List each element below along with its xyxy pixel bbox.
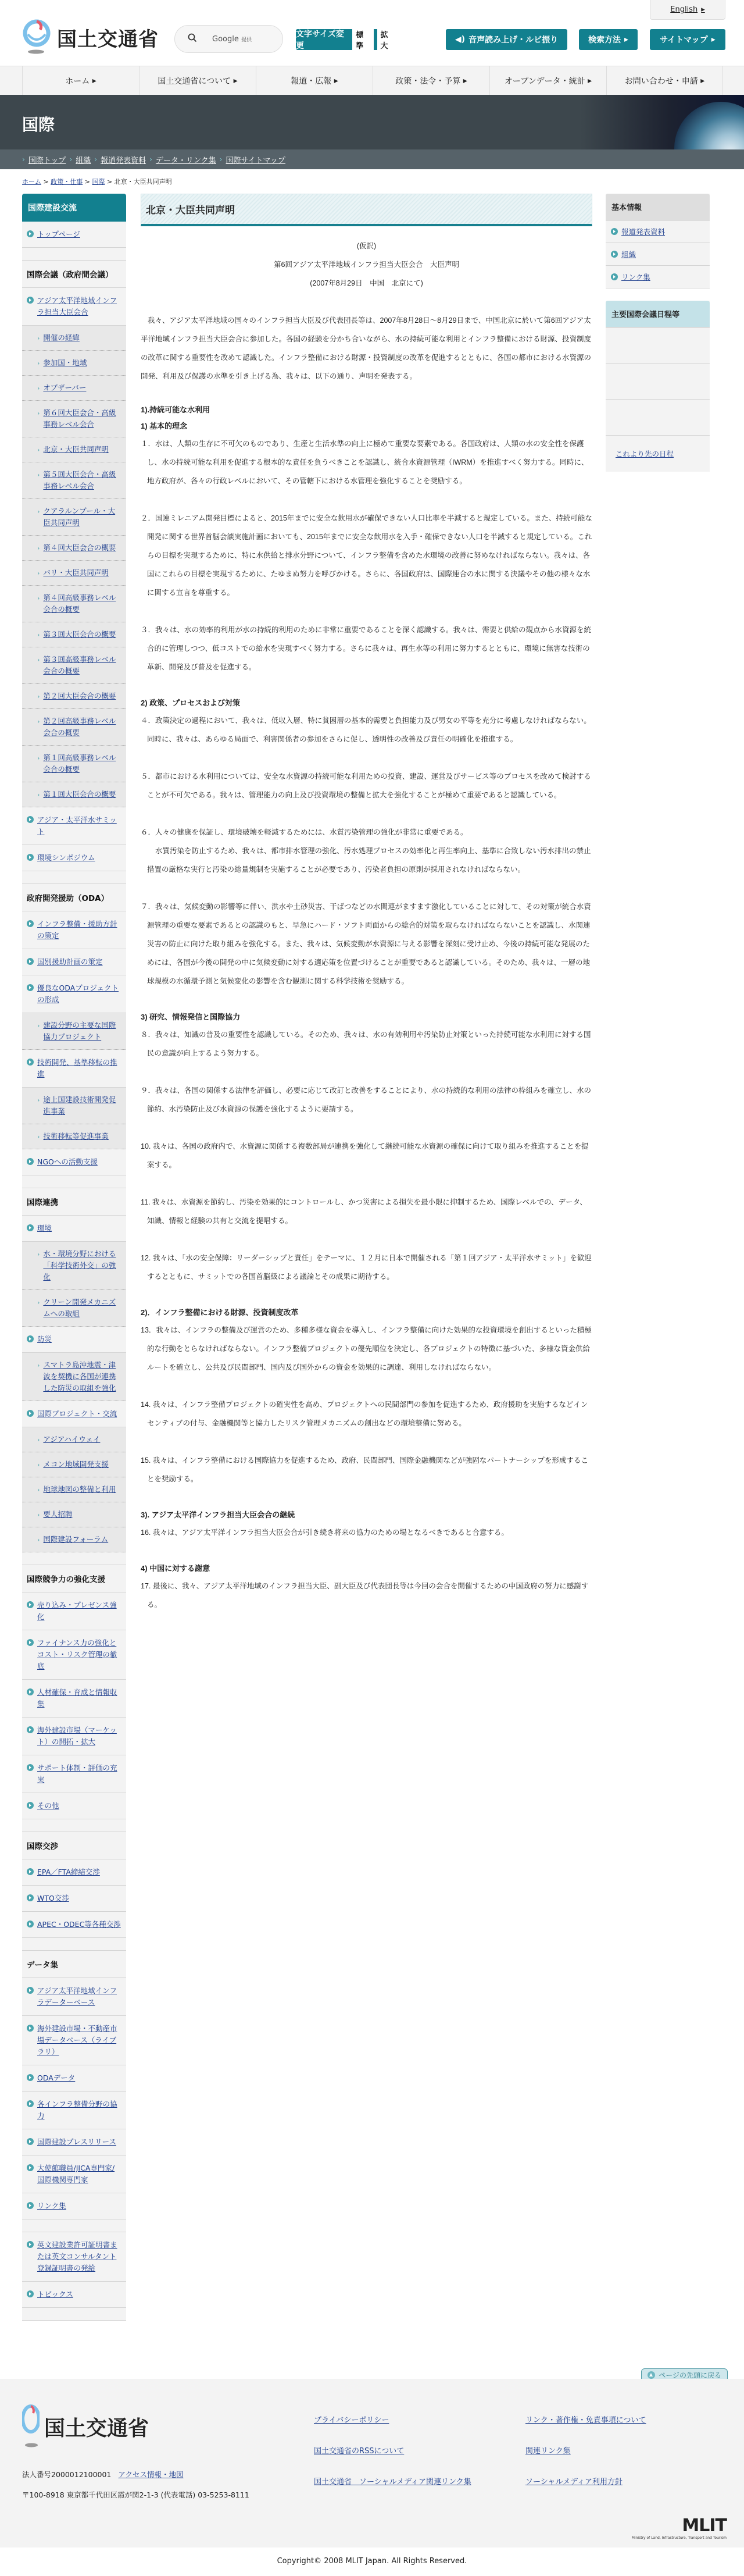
global-nav: ホーム ▸ 国土交通省について ▸ 報道・広報 ▸ 政策・法令・予算 ▸ オープ… [0, 66, 744, 95]
left-nav-item[interactable]: 環境 [22, 1216, 126, 1242]
left-nav-section-title: 国際連携 [22, 1188, 126, 1216]
chevron-right-icon: › [37, 568, 40, 579]
triangle-right-icon: ▸ [624, 35, 628, 44]
circle-arrow-icon [27, 297, 34, 304]
statement-paragraph: ４．政策決定の過程において、我々は、低収入層、特に貧困層の基本的需要と負担能力及… [141, 711, 592, 749]
circle-arrow-icon [27, 1987, 34, 1994]
statement-paragraph: 17. 最後に、我々、アジア太平洋地域のインフラ担当大臣、副大臣及び代表団長等は… [141, 1577, 592, 1614]
mlit-emblem-icon [22, 2403, 40, 2450]
circle-arrow-icon [27, 2164, 34, 2171]
search-icon [188, 33, 197, 45]
chevron-right-icon: › [37, 470, 40, 492]
basic-info-box: 基本情報 報道発表資料 組織 リンク集 [606, 194, 710, 288]
chevron-right-icon: › [94, 155, 97, 163]
left-nav-section-title: データ集 [22, 1951, 126, 1978]
chevron-right-icon: › [37, 1249, 40, 1283]
chevron-right-icon: › [37, 692, 40, 702]
left-nav-item[interactable]: アジア・太平洋水サミット [22, 807, 126, 845]
chevron-right-icon: › [37, 1535, 40, 1545]
chevron-right-icon: › [37, 753, 40, 775]
left-nav-item[interactable]: 国際プロジェクト・交流 [22, 1401, 126, 1427]
font-size-large-button[interactable]: 拡大 [377, 26, 398, 53]
circle-arrow-icon [27, 2138, 34, 2145]
chevron-right-icon: › [37, 1298, 40, 1320]
circle-arrow-icon [27, 1764, 34, 1771]
statement-paragraph: 11. 我々は、水資源を節約し、汚染を効果的にコントロールし、かつ災害による損失… [141, 1193, 592, 1230]
statement-paragraph: ８．我々は、知識の普及の重要性を認識している。そのため、我々は、水の有効利用や汚… [141, 1025, 592, 1063]
access-map-link[interactable]: アクセス情報・地図 [118, 2469, 183, 2479]
left-nav-subitem[interactable]: ›途上国建設技術開発促進事業 [22, 1088, 126, 1124]
circle-arrow-icon [27, 2100, 34, 2107]
site-header: English ▸ 国土交通省 Google 提供 文字サイズ変更 標準 拡大 … [0, 0, 744, 66]
circle-arrow-icon [27, 816, 34, 823]
font-size-standard-button[interactable]: 標準 [352, 26, 373, 53]
left-nav-subitem[interactable]: ›第５回大臣会合・高級事務レベル会合 [22, 462, 126, 499]
left-nav-subitem[interactable]: ›要人招聘 [22, 1502, 126, 1527]
left-nav-subitem[interactable]: ›第４回高級事務レベル会合の概要 [22, 586, 126, 622]
circle-arrow-icon [27, 2241, 34, 2248]
left-nav-spacer [22, 871, 126, 884]
circle-arrow-icon [27, 1601, 34, 1608]
chevron-right-icon: › [37, 1360, 40, 1394]
left-nav-item[interactable]: 大使館職員/JICA専門家/国際機関専門家 [22, 2155, 126, 2193]
page-title: 北京・大臣共同声明 [141, 194, 592, 226]
breadcrumb-policy[interactable]: 政策・仕事 [51, 178, 83, 186]
statement-paragraph: 16. 我々は、アジア太平洋インフラ担当大臣会合が引き続き将来の協力のための場と… [141, 1523, 592, 1542]
left-nav-subitem[interactable]: ›北京・大臣共同声明 [22, 437, 126, 462]
english-label: English [670, 5, 697, 14]
left-nav-item[interactable]: アジア太平洋地域インフラデーターベース [22, 1978, 126, 2016]
link-copyright-disclaimer-link[interactable]: リンク・著作権・免責事項について [525, 2414, 700, 2425]
footer-logo-text: 国土交通省 [44, 2412, 149, 2442]
pagetop-area: ページの先頭に戻る [0, 2356, 744, 2379]
schedule-box: 主要国際会議日程等 これより先の日程 [606, 301, 710, 472]
statement-heading: 1) 基本的理念 [141, 418, 592, 434]
statement-heading: 3). アジア太平洋インフラ担当大臣会合の継続 [141, 1507, 592, 1523]
speech-ruby-button[interactable]: ◀) 音声読み上げ・ルビ振り [446, 29, 567, 50]
left-nav-item[interactable]: サポート体制・評価の充実 [22, 1755, 126, 1793]
statement-paragraph: １．水は、人類の生存に不可欠のものであり、生産と生活水準の向上に極めて重要な要素… [141, 434, 592, 490]
footer-logo: 国土交通省 [22, 2403, 149, 2450]
schedule-slot [606, 327, 710, 364]
statement-heading: 2) 政策、プロセスおよび対策 [141, 695, 592, 711]
breadcrumb: ホーム > 政策・仕事 > 国際 > 北京・大臣共同声明 [0, 169, 744, 194]
left-nav-item[interactable]: 国別援助計画の策定 [22, 949, 126, 975]
footer-links: プライバシーポリシー リンク・著作権・免責事項について 国土交通省のRSSについ… [314, 2414, 700, 2486]
circle-arrow-icon [27, 1335, 34, 1342]
left-nav-section-title: 国際競争力の強化支援 [22, 1565, 126, 1592]
chevron-right-icon: › [37, 1095, 40, 1117]
gnav-press[interactable]: 報道・広報 ▸ [256, 66, 373, 95]
statement-paragraph: 14. 我々は、インフラ整備プロジェクトの確実性を高め、プロジェクトへの民間部門… [141, 1395, 592, 1433]
circle-arrow-icon [27, 230, 34, 237]
left-nav-subitem[interactable]: ›スマトラ島沖地震・津波を契機に各国が連携した防災の取組を強化 [22, 1353, 126, 1401]
mlit-emblem-icon [22, 19, 51, 55]
breadcrumb-home[interactable]: ホーム [22, 178, 41, 186]
statement-paragraph: 12. 我々は、「水の安全保障：リーダーシップと責任」をテーマに、１２月に日本で… [141, 1249, 592, 1286]
left-nav-item[interactable]: 環境シンポジウム [22, 845, 126, 871]
left-nav-section-title: 国際交渉 [22, 1832, 126, 1859]
chevron-right-icon: › [37, 507, 40, 529]
logo-text: 国土交通省 [57, 23, 159, 52]
left-nav-item[interactable]: 防災 [22, 1327, 126, 1353]
left-nav-item[interactable]: リンク集 [22, 2193, 126, 2219]
left-nav-subitem[interactable]: ›第６回大臣会合・高級事務レベル会合 [22, 401, 126, 437]
circle-arrow-icon [27, 1224, 34, 1231]
statement-paragraph: 水質汚染を防止するため、我々は、都市排水管理の強化、汚水処理プロセスの効率化と再… [141, 842, 592, 879]
chevron-right-icon: › [37, 1510, 40, 1520]
chevron-right-icon: › [37, 1435, 40, 1445]
chevron-right-icon: › [37, 1132, 40, 1142]
left-nav-section-title: 政府開発援助（ODA） [22, 884, 126, 911]
left-nav-spacer [22, 1552, 126, 1565]
chevron-right-icon: › [37, 1021, 40, 1043]
chevron-right-icon: › [69, 155, 72, 163]
statement-paragraph: ２．国連ミレニアム開発目標によると、2015年までに安全な飲用水が確保できない人… [141, 509, 592, 602]
copyright: Copyright© 2008 MLIT Japan. All Rights R… [0, 2548, 744, 2576]
statement-heading: 2)．インフラ整備における財源、投資制度改革 [141, 1305, 592, 1321]
intro-paragraph: 我々、アジア太平洋地域の国々のインフラ担当大臣及び代表団長等は、2007年8月2… [141, 311, 592, 386]
chevron-right-icon: › [37, 358, 40, 369]
gnav-opendata[interactable]: オープンデータ・統計 ▸ [489, 66, 606, 95]
social-media-policy-link[interactable]: ソーシャルメディア利用方針 [525, 2475, 700, 2486]
left-nav-subitem[interactable]: ›第２回高級事務レベル会合の概要 [22, 709, 126, 746]
font-size-label: 文字サイズ変更 [296, 28, 349, 51]
statement-heading: 4) 中国に対する謝意 [141, 1560, 592, 1577]
page-layout: 国際建設交流 トップページ 国際会議（政府間会議）アジア太平洋地域インフラ担当大… [0, 194, 744, 2321]
statement-paragraph: 10. 我々は、各国の政府内で、水資源に関係する複数部局が連携を強化して継続可能… [141, 1137, 592, 1174]
corp-number: 法人番号2000012100001 [22, 2469, 111, 2479]
gnav-home[interactable]: ホーム ▸ [22, 66, 139, 95]
left-nav-header: 国際建設交流 [22, 194, 126, 222]
left-nav-subitem[interactable]: ›第３回大臣会合の概要 [22, 622, 126, 647]
chevron-right-icon: › [149, 155, 152, 163]
left-nav-item[interactable]: ファイナンス力の強化とコスト・リスク管理の徹底 [22, 1630, 126, 1680]
left-nav-item[interactable]: アジア太平洋地域インフラ担当大臣会合 [22, 288, 126, 326]
site-logo[interactable]: 国土交通省 [22, 19, 159, 55]
left-nav-item[interactable]: その他 [22, 1793, 126, 1819]
subnav-intl-sitemap[interactable]: 国際サイトマップ [226, 154, 285, 165]
rss-link[interactable]: 国土交通省のRSSについて [314, 2445, 525, 2456]
circle-arrow-icon [27, 1894, 34, 1901]
chevron-right-icon: › [220, 155, 223, 163]
chevron-right-icon: › [37, 1485, 40, 1495]
left-nav-spacer [22, 1819, 126, 1832]
schedule-slot [606, 400, 710, 436]
left-nav-subitem[interactable]: ›建設分野の主要な国際協力プロジェクト [22, 1013, 126, 1050]
circle-arrow-icon [27, 2074, 34, 2081]
arrow-up-icon [648, 2371, 655, 2379]
schedule-header: 主要国際会議日程等 [606, 301, 710, 327]
sitemap-button[interactable]: サイトマップ ▸ [650, 29, 725, 50]
left-nav-subitem[interactable]: ›第２回大臣会合の概要 [22, 684, 126, 709]
circle-arrow-icon [27, 854, 34, 861]
left-nav-subitem[interactable]: ›参加国・地域 [22, 351, 126, 376]
left-nav-spacer [22, 1175, 126, 1188]
circle-arrow-icon [27, 2025, 34, 2032]
circle-arrow-icon [27, 1868, 34, 1875]
speaker-icon: ◀) [455, 35, 465, 44]
left-sidebar: 国際建設交流 トップページ 国際会議（政府間会議）アジア太平洋地域インフラ担当大… [22, 194, 126, 2321]
font-size-control: 文字サイズ変更 標準 拡大 [296, 29, 398, 50]
subnav-organization[interactable]: 組織 [76, 154, 91, 165]
left-nav-item[interactable]: 技術開発、基準移転の推進 [22, 1050, 126, 1088]
left-nav-item[interactable]: 優良なODAプロジェクトの形成 [22, 975, 126, 1013]
left-nav-subitem[interactable]: ›第１回大臣会合の概要 [22, 782, 126, 807]
circle-arrow-icon [27, 2290, 34, 2297]
left-nav-subitem[interactable]: ›クアラルンプール・大臣共同声明 [22, 499, 126, 536]
statement-document: (仮訳) 第6回アジア太平洋地域インフラ担当大臣会合 大臣声明 (2007年8月… [141, 226, 592, 1614]
chevron-right-icon: › [37, 630, 40, 640]
breadcrumb-current: 北京・大臣共同声明 [115, 178, 172, 186]
chevron-right-icon: › [22, 155, 25, 163]
left-nav-item[interactable]: 各インフラ整備分野の協力 [22, 2092, 126, 2129]
circle-arrow-icon [27, 2202, 34, 2209]
statement-heading: 3) 研究、情報発信と国際協力 [141, 1009, 592, 1025]
left-nav-item[interactable]: 海外建設市場・不動産市場データベース（ライブラリ） [22, 2016, 126, 2065]
left-nav-subitem[interactable]: ›第１回高級事務レベル会合の概要 [22, 746, 126, 782]
statement-paragraph: ５．都市における水利用については、安全な水資源の持続可能な利用ための投資、建設、… [141, 767, 592, 804]
right-sidebar: 基本情報 報道発表資料 組織 リンク集 主要国際会議日程等 これより先の日程 [606, 194, 710, 484]
left-nav-subitem[interactable]: ›メコン地域開発支援 [22, 1452, 126, 1477]
chevron-right-icon: › [37, 655, 40, 677]
gnav-policy[interactable]: 政策・法令・予算 ▸ [373, 66, 489, 95]
chevron-right-icon: › [37, 1460, 40, 1470]
left-nav-item[interactable]: 英文建設業許可証明書または英文コンサルタント登録証明書の発給 [22, 2232, 126, 2282]
circle-arrow-icon [611, 228, 618, 235]
subnav-intl-top[interactable]: 国際トップ [28, 154, 66, 165]
circle-arrow-icon [27, 1802, 34, 1809]
main-content: 北京・大臣共同声明 (仮訳) 第6回アジア太平洋地域インフラ担当大臣会合 大臣声… [141, 194, 592, 1633]
triangle-right-icon: ▸ [711, 35, 716, 44]
circle-arrow-icon [27, 1639, 34, 1646]
provisional-note: (仮訳) [141, 237, 592, 255]
statement-heading: 1).持続可能な水利用 [141, 402, 592, 418]
basic-info-organization[interactable]: 組織 [606, 243, 710, 266]
left-nav-item-top[interactable]: トップページ [22, 222, 126, 248]
chevron-right-icon: › [37, 717, 40, 739]
subnav-data-links[interactable]: データ・リンク集 [156, 154, 216, 165]
left-nav-spacer [22, 248, 126, 261]
circle-arrow-icon [27, 1921, 34, 1927]
left-nav-item[interactable]: NGOへの活動支援 [22, 1149, 126, 1175]
circle-arrow-icon [27, 1410, 34, 1417]
left-nav-subitem[interactable]: ›国際建設フォーラム [22, 1527, 126, 1552]
left-nav-item[interactable]: トピックス [22, 2282, 126, 2308]
triangle-right-icon: ▸ [701, 5, 705, 14]
statement-paragraph: ３．我々は、水の効率的利用が水の持続的利用のために非常に重要であることを深く認識… [141, 621, 592, 676]
left-nav-item[interactable]: APEC・ODEC等各種交渉 [22, 1912, 126, 1938]
left-nav-item[interactable]: ODAデータ [22, 2065, 126, 2092]
privacy-policy-link[interactable]: プライバシーポリシー [314, 2414, 525, 2425]
search-method-button[interactable]: 検索方法 ▸ [579, 29, 638, 50]
address: 〒100-8918 東京都千代田区霞が関2-1-3 (代表電話) 03-5253… [22, 2489, 249, 2500]
statement-paragraph: ９．我々は、各国の関係する法律を評価し、必要に応じて改訂と改善をすることにより、… [141, 1081, 592, 1118]
future-schedule-link[interactable]: これより先の日程 [616, 450, 674, 458]
left-nav-subitem[interactable]: ›バリ・大臣共同声明 [22, 561, 126, 586]
left-nav-item[interactable]: WTO交渉 [22, 1886, 126, 1912]
left-nav-spacer [22, 2308, 126, 2321]
gnav-about[interactable]: 国土交通省について ▸ [139, 66, 256, 95]
corp-number-row: 法人番号2000012100001 アクセス情報・地図 [22, 2469, 184, 2479]
circle-arrow-icon [27, 1726, 34, 1733]
left-nav-spacer [22, 1938, 126, 1951]
social-media-links-link[interactable]: 国土交通省 ソーシャルメディア関連リンク集 [314, 2475, 525, 2486]
statement-paragraph: ６．人々の健康を保証し、環境破壊を軽減するためには、水質汚染管理の強化が非常に重… [141, 823, 592, 842]
left-nav-item[interactable]: 売り込み・プレゼンス強化 [22, 1592, 126, 1630]
left-nav-subitem[interactable]: ›開催の経緯 [22, 326, 126, 351]
subnav-press-releases[interactable]: 報道発表資料 [101, 154, 146, 165]
left-nav-subitem[interactable]: ›第３回高級事務レベル会合の概要 [22, 647, 126, 684]
document-date: (2007年8月29日 中国 北京にて) [141, 274, 592, 293]
chevron-right-icon: › [37, 445, 40, 455]
left-nav-subitem[interactable]: ›クリーン開発メカニズムへの取組 [22, 1290, 126, 1327]
globe-image [674, 102, 744, 149]
search-placeholder: Google 提供 [212, 35, 252, 44]
statement-paragraph: ７．我々は、気候変動の影響等に伴い、洪水や土砂災害、干ばつなどの水関連がますます… [141, 897, 592, 991]
left-nav-section-title: 国際会議（政府間会議） [22, 261, 126, 288]
left-nav-subitem[interactable]: ›地球地図の整備と利用 [22, 1477, 126, 1502]
related-links-link[interactable]: 関連リンク集 [525, 2445, 700, 2456]
left-nav-subitem[interactable]: ›第４回大臣会合の概要 [22, 536, 126, 561]
left-nav-spacer [22, 2219, 126, 2232]
circle-arrow-icon [27, 1059, 34, 1066]
left-nav-subitem[interactable]: ›水・環境分野における「科学技術外交」の強化 [22, 1242, 126, 1290]
left-nav-subitem[interactable]: ›アジアハイウェイ [22, 1427, 126, 1452]
chevron-right-icon: › [37, 790, 40, 800]
left-nav-item[interactable]: 国際建設プレスリリース [22, 2129, 126, 2155]
basic-info-links[interactable]: リンク集 [606, 266, 710, 288]
left-nav-item[interactable]: EPA／FTA締結交渉 [22, 1859, 126, 1886]
search-input[interactable]: Google 提供 [174, 25, 283, 53]
breadcrumb-international[interactable]: 国際 [92, 178, 105, 186]
english-button[interactable]: English ▸ [650, 0, 725, 20]
basic-info-press-releases[interactable]: 報道発表資料 [606, 220, 710, 243]
mlit-wordmark: MLIT Ministry of Land, Infrastructure, T… [632, 2516, 727, 2540]
chevron-right-icon: › [37, 408, 40, 430]
left-nav-item[interactable]: 海外建設市場（マーケット）の開拓・拡大 [22, 1718, 126, 1755]
circle-arrow-icon [27, 920, 34, 927]
chevron-right-icon: › [37, 543, 40, 554]
circle-arrow-icon [27, 958, 34, 965]
gnav-contact[interactable]: お問い合わせ・申請 ▸ [606, 66, 723, 95]
left-nav-item[interactable]: インフラ整備・援助方針の策定 [22, 911, 126, 949]
statement-paragraph: 13．我々は、インフラの整備及び運営のため、多種多様な資金を導入し、インフラ整備… [141, 1321, 592, 1377]
circle-arrow-icon [611, 251, 618, 258]
schedule-slot [606, 364, 710, 400]
chevron-right-icon: › [37, 333, 40, 344]
circle-arrow-icon [611, 273, 618, 280]
circle-arrow-icon [27, 1158, 34, 1165]
banner-title: 国際 [22, 112, 55, 136]
section-banner: 国際 [0, 95, 744, 149]
document-title: 第6回アジア太平洋地域インフラ担当大臣会合 大臣声明 [141, 255, 592, 274]
left-nav-subitem[interactable]: ›オブザーバー [22, 376, 126, 401]
left-nav-item[interactable]: 人材確保・育成と情報収集 [22, 1680, 126, 1718]
statement-paragraph: 15. 我々は、インフラ整備における国際協力を促進するため、政府、民間部門、国際… [141, 1451, 592, 1488]
section-subnav: ›国際トップ ›組織 ›報道発表資料 ›データ・リンク集 ›国際サイトマップ [0, 149, 744, 169]
chevron-right-icon: › [37, 383, 40, 394]
site-footer: 国土交通省 法人番号2000012100001 アクセス情報・地図 〒100-8… [0, 2379, 744, 2548]
circle-arrow-icon [27, 1688, 34, 1695]
circle-arrow-icon [27, 984, 34, 991]
basic-info-header: 基本情報 [606, 194, 710, 220]
left-nav-subitem[interactable]: ›技術移転等促進事業 [22, 1124, 126, 1149]
chevron-right-icon: › [37, 593, 40, 615]
